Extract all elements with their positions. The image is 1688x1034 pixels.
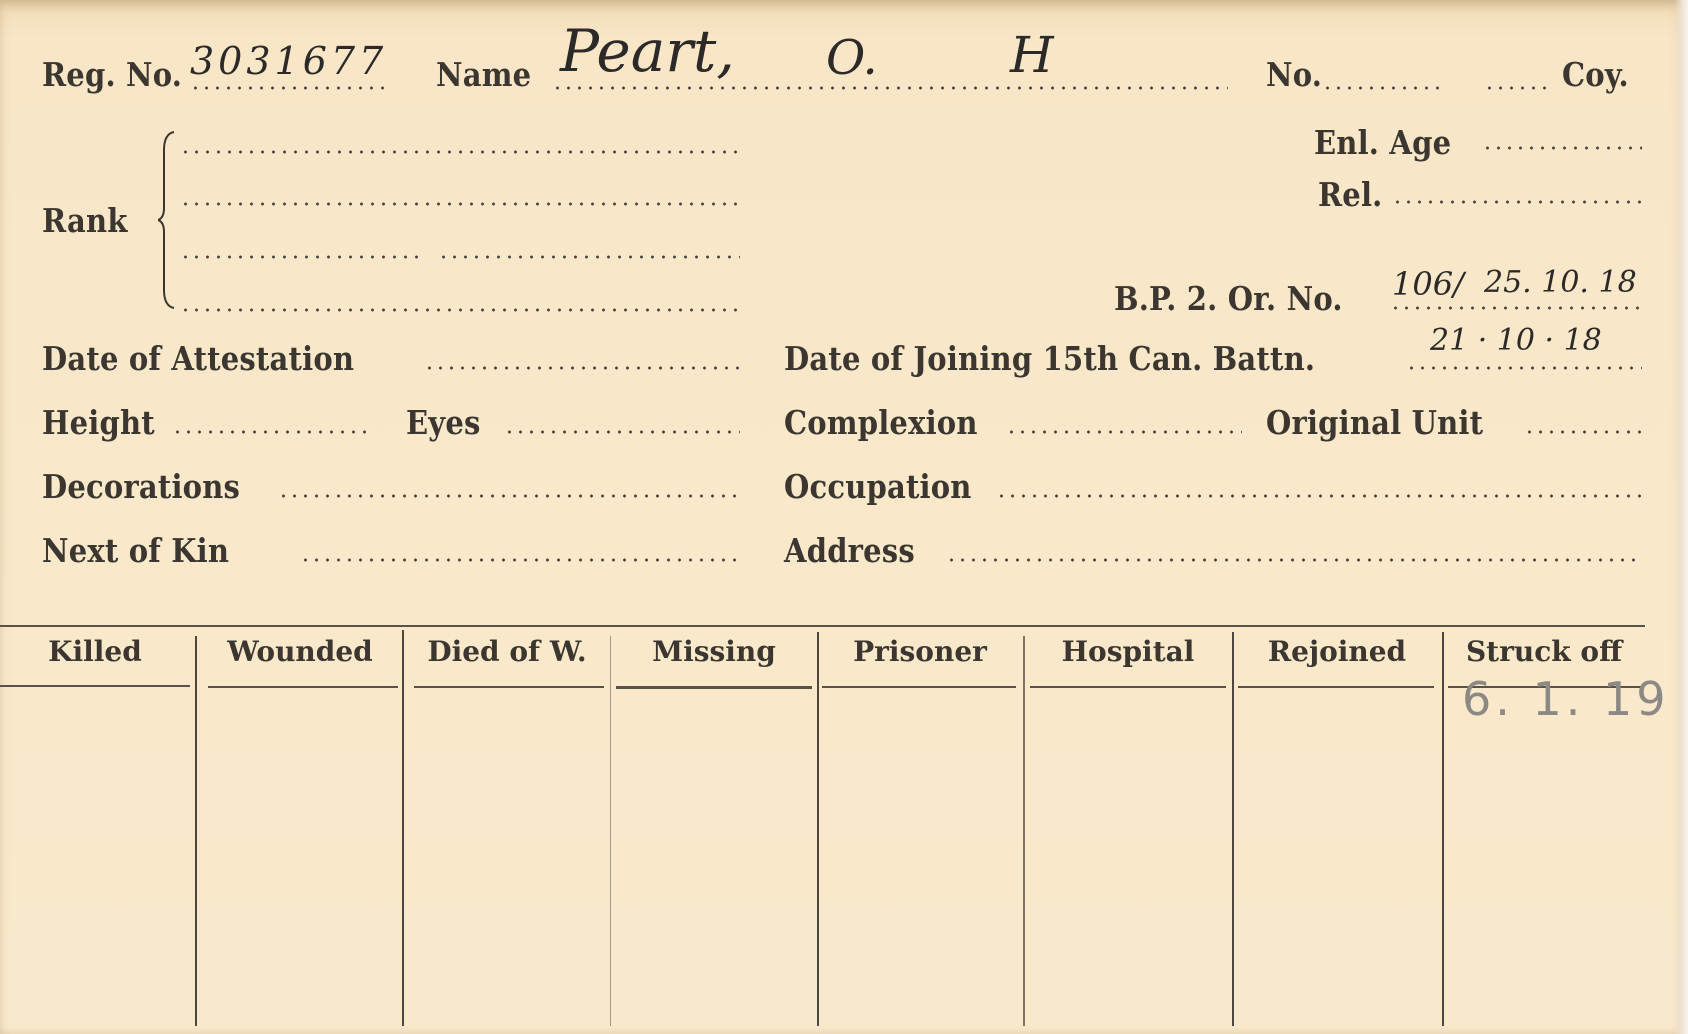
column-divider — [1023, 636, 1025, 1026]
original-unit-dotted-line — [1524, 430, 1642, 434]
decorations-label: Decorations — [42, 470, 240, 503]
rank-line-3b — [438, 255, 740, 259]
bp2-or-no-value-part1: 106/ — [1392, 268, 1464, 300]
date-of-joining-value: 21 · 10 · 18 — [1430, 326, 1602, 356]
header-underline — [1030, 686, 1226, 688]
next-of-kin-label: Next of Kin — [42, 534, 229, 567]
coy-label: Coy. — [1562, 58, 1629, 91]
rel-label: Rel. — [1318, 178, 1382, 211]
column-header-hospital: Hospital — [1028, 638, 1228, 666]
coy-dotted-line — [1484, 86, 1550, 90]
no-dotted-line — [1322, 86, 1442, 90]
column-header-died-of-wounds: Died of W. — [408, 638, 606, 666]
original-unit-label: Original Unit — [1266, 406, 1483, 439]
header-underline — [0, 685, 190, 687]
column-header-wounded: Wounded — [202, 638, 398, 666]
occupation-dotted-line — [996, 494, 1642, 498]
column-header-killed: Killed — [0, 638, 190, 666]
eyes-label: Eyes — [406, 406, 481, 439]
bp2-or-no-value-part2: 25. 10. 18 — [1484, 268, 1637, 298]
rank-label: Rank — [42, 204, 128, 237]
height-label: Height — [42, 406, 155, 439]
column-header-prisoner: Prisoner — [822, 638, 1018, 666]
column-divider — [195, 636, 197, 1026]
column-divider — [402, 630, 404, 1026]
enl-age-label: Enl. Age — [1314, 126, 1451, 159]
column-divider — [817, 632, 819, 1026]
name-initial-1-value: O. — [826, 34, 878, 82]
header-underline — [208, 686, 398, 688]
height-dotted-line — [172, 430, 372, 434]
complexion-dotted-line — [1006, 430, 1242, 434]
reg-no-dotted-line — [190, 86, 390, 90]
bp2-or-no-dotted-line — [1390, 306, 1642, 310]
reg-no-label: Reg. No. — [42, 58, 182, 91]
column-header-missing: Missing — [616, 638, 812, 666]
rank-line-4 — [180, 308, 740, 312]
struck-off-value: 6. 1. 19 — [1462, 676, 1670, 722]
service-record-card: Reg. No. 3031677 Name Peart, O. H No. Co… — [0, 0, 1688, 1034]
no-label: No. — [1266, 58, 1322, 91]
rel-dotted-line — [1392, 200, 1642, 204]
decorations-dotted-line — [278, 494, 740, 498]
name-label: Name — [436, 58, 531, 91]
name-surname-value: Peart, — [560, 22, 735, 80]
header-underline — [822, 686, 1016, 688]
reg-no-value: 3031677 — [190, 42, 387, 80]
rank-brace-icon — [158, 130, 176, 310]
column-header-struck-off: Struck off — [1446, 638, 1642, 666]
column-divider — [1232, 632, 1234, 1026]
rank-line-3a — [180, 255, 420, 259]
date-of-attestation-dotted-line — [424, 366, 740, 370]
date-of-joining-dotted-line — [1406, 366, 1642, 370]
date-of-attestation-label: Date of Attestation — [42, 342, 354, 375]
address-dotted-line — [946, 558, 1642, 562]
column-divider — [1442, 632, 1444, 1026]
header-underline — [616, 686, 812, 689]
next-of-kin-dotted-line — [300, 558, 740, 562]
table-top-rule — [0, 625, 1645, 627]
complexion-label: Complexion — [784, 406, 978, 439]
header-underline — [414, 686, 604, 688]
address-label: Address — [784, 534, 915, 567]
rank-line-2 — [180, 202, 740, 206]
occupation-label: Occupation — [784, 470, 972, 503]
name-dotted-line — [552, 86, 1228, 90]
column-header-rejoined: Rejoined — [1236, 638, 1438, 666]
date-of-joining-label: Date of Joining 15th Can. Battn. — [784, 342, 1315, 375]
card-edge-shadow — [1674, 0, 1688, 1034]
rank-line-1 — [180, 150, 740, 154]
enl-age-dotted-line — [1482, 146, 1642, 150]
bp2-or-no-label: B.P. 2. Or. No. — [1114, 282, 1343, 315]
name-initial-2-value: H — [1010, 30, 1054, 80]
column-divider — [610, 636, 611, 1026]
header-underline — [1238, 686, 1434, 688]
eyes-dotted-line — [504, 430, 740, 434]
